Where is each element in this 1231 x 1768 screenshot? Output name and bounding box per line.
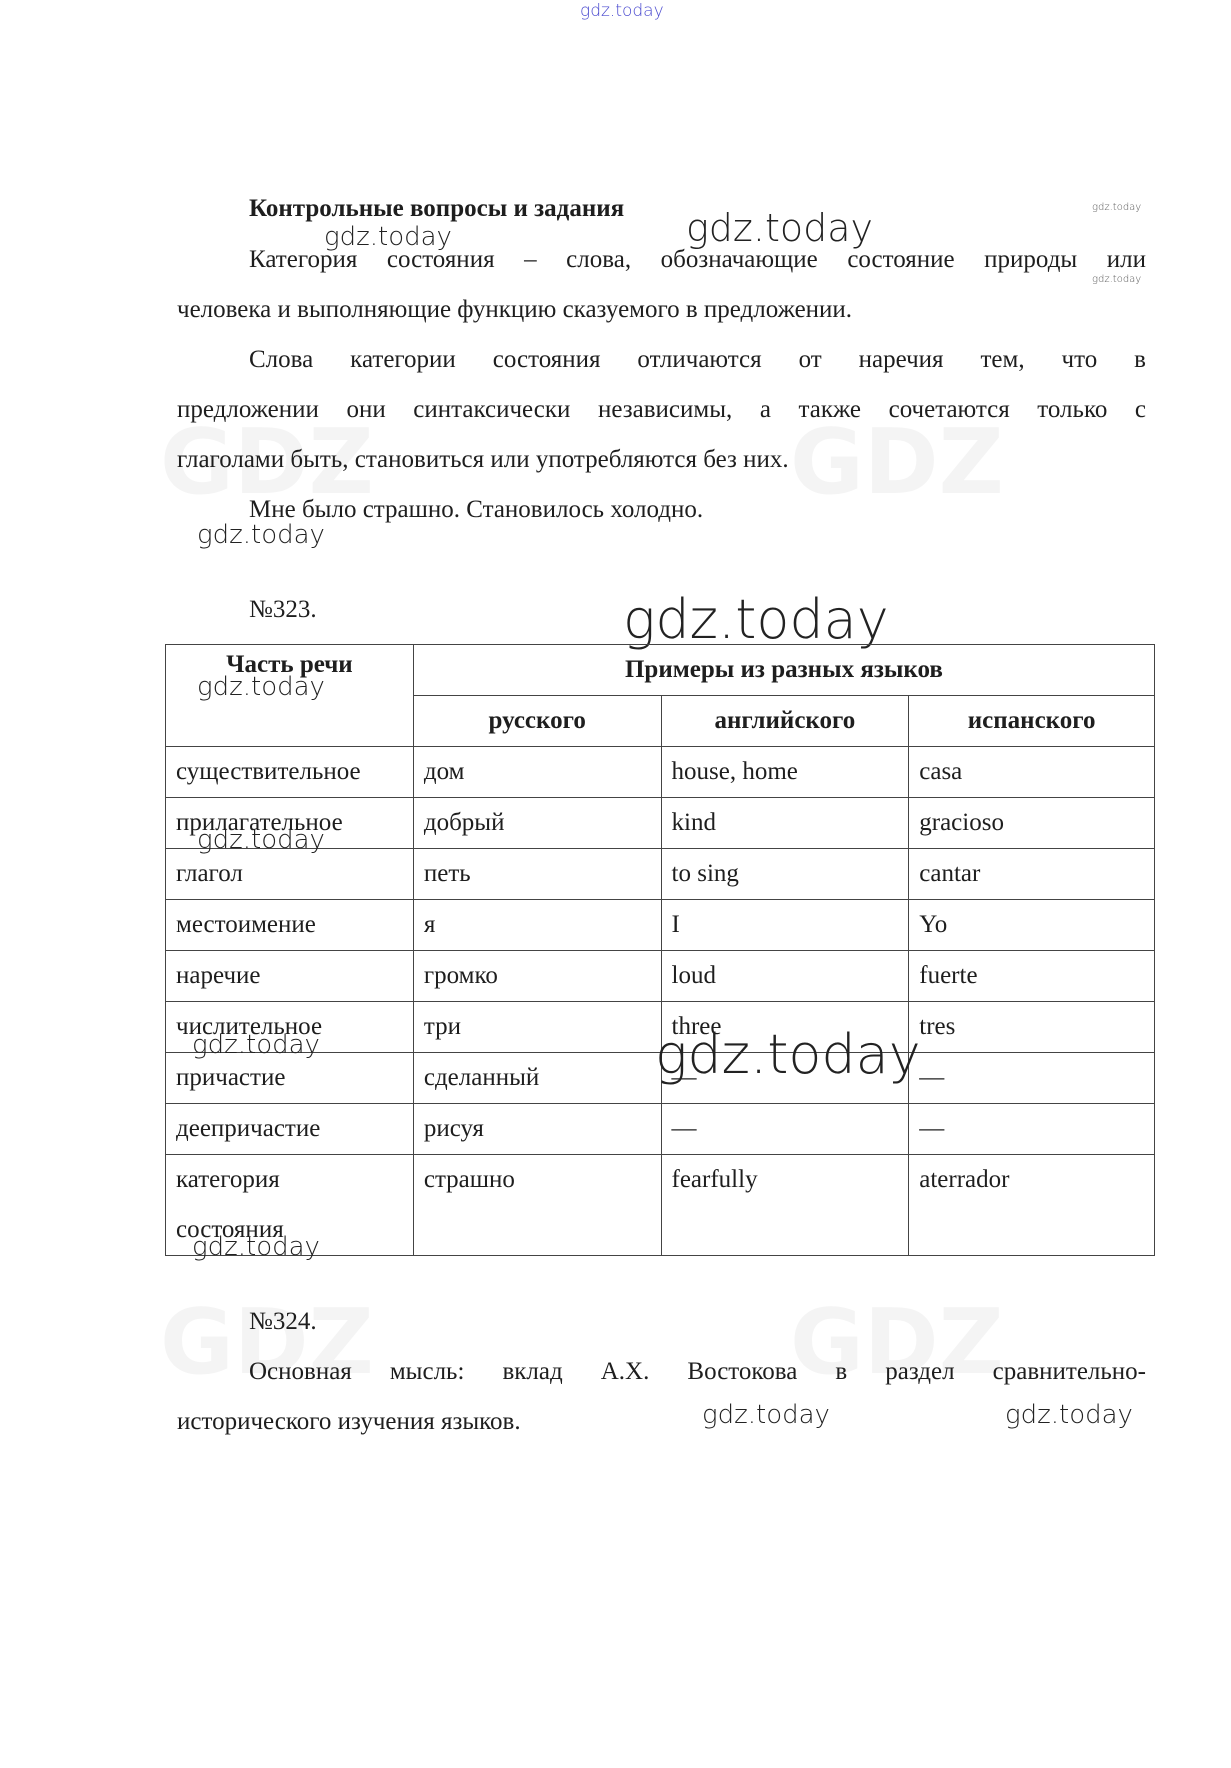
cell-ru: рисуя <box>413 1104 661 1155</box>
header-lang-ru: русского <box>413 696 661 747</box>
cell-part: наречие <box>166 951 414 1002</box>
cell-es: aterrador <box>909 1155 1155 1256</box>
watermark: gdz.today <box>192 1232 320 1262</box>
cell-es: Yo <box>909 900 1155 951</box>
watermark: gdz.today <box>686 206 873 250</box>
cell-part: глагол <box>166 849 414 900</box>
paragraph-2-line-2: предложении они синтаксически независимы… <box>177 396 1146 424</box>
cell-part: существительное <box>166 747 414 798</box>
table-row: существительное дом house, home casa <box>166 747 1155 798</box>
paragraph-1-line-1: Категория состояния – слова, обозначающи… <box>249 246 1146 274</box>
background-watermark: GDZ <box>790 410 1004 515</box>
cell-ru: петь <box>413 849 661 900</box>
parts-of-speech-table: Часть речи Примеры из разных языков русс… <box>165 644 1155 1256</box>
cell-en: to sing <box>661 849 909 900</box>
paragraph-2-line-3: глаголами быть, становиться или употребл… <box>177 446 789 474</box>
cell-ru: дом <box>413 747 661 798</box>
cell-ru: три <box>413 1002 661 1053</box>
cell-ru: громко <box>413 951 661 1002</box>
cell-part: местоимение <box>166 900 414 951</box>
table-row: глагол петь to sing cantar <box>166 849 1155 900</box>
cell-ru: добрый <box>413 798 661 849</box>
cell-en: kind <box>661 798 909 849</box>
exercise-324-line-1: Основная мысль: вклад А.Х. Востокова в р… <box>249 1358 1146 1386</box>
paragraph-2-line-1: Слова категории состояния отличаются от … <box>249 346 1146 374</box>
table-row: наречие громко loud fuerte <box>166 951 1155 1002</box>
cell-es: casa <box>909 747 1155 798</box>
top-watermark: gdz.today <box>580 1 664 21</box>
cell-es: gracioso <box>909 798 1155 849</box>
cell-ru: страшно <box>413 1155 661 1256</box>
exercise-324-number: №324. <box>249 1308 317 1336</box>
watermark: gdz.today <box>192 1030 320 1060</box>
cell-part: деепричастие <box>166 1104 414 1155</box>
cell-es: tres <box>909 1002 1155 1053</box>
cell-en: — <box>661 1104 909 1155</box>
cell-ru: я <box>413 900 661 951</box>
paragraph-1-line-2: человека и выполняющие функцию сказуемог… <box>177 296 852 324</box>
table-row: деепричастие рисуя — — <box>166 1104 1155 1155</box>
watermark: gdz.today <box>197 825 325 855</box>
cell-en: fearfully <box>661 1155 909 1256</box>
cell-part: причастие <box>166 1053 414 1104</box>
watermark: gdz.today <box>197 672 325 702</box>
section-title: Контрольные вопросы и задания <box>249 195 624 223</box>
watermark-small: gdz.today <box>1092 274 1141 285</box>
header-lang-en: английского <box>661 696 909 747</box>
cell-en: loud <box>661 951 909 1002</box>
header-examples: Примеры из разных языков <box>413 645 1154 696</box>
header-lang-es: испанского <box>909 696 1155 747</box>
exercise-324-line-2: исторического изучения языков. <box>177 1408 521 1436</box>
cell-es: fuerte <box>909 951 1155 1002</box>
cell-en: house, home <box>661 747 909 798</box>
cell-es: — <box>909 1104 1155 1155</box>
watermark-large: gdz.today <box>655 1023 921 1086</box>
cell-ru: сделанный <box>413 1053 661 1104</box>
watermark-small: gdz.today <box>1092 202 1141 213</box>
cell-es: cantar <box>909 849 1155 900</box>
exercise-323-number: №323. <box>249 596 317 624</box>
cell-en: I <box>661 900 909 951</box>
watermark: gdz.today <box>197 520 325 550</box>
cell-es: — <box>909 1053 1155 1104</box>
watermark: gdz.today <box>702 1400 830 1430</box>
watermark-large: gdz.today <box>623 588 889 651</box>
watermark: gdz.today <box>1005 1400 1133 1430</box>
table-row: местоимение я I Yo <box>166 900 1155 951</box>
